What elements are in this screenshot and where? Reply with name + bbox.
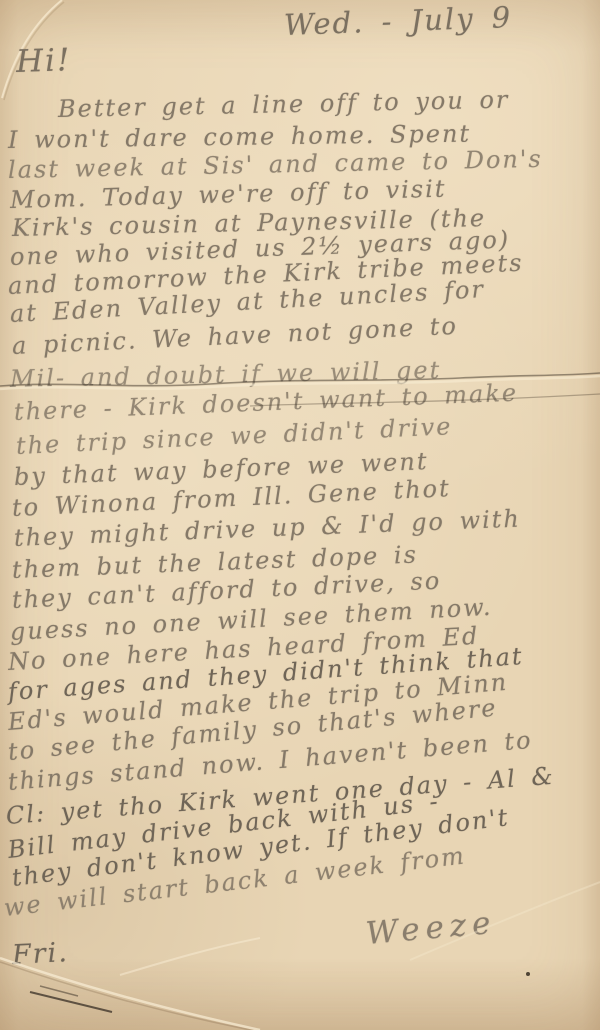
fold-marks-bottom-left [0, 920, 280, 1030]
letter-line: Fri. [11, 937, 69, 971]
letter-paper: Wed. - July 9 Hi! Better get a line off … [0, 0, 600, 1030]
greeting: Hi! [15, 42, 72, 80]
date-line: Wed. - July 9 [283, 0, 512, 42]
signature: Weeze [364, 905, 497, 952]
letter-line: Better get a line off to you or [58, 86, 510, 123]
ink-speck [526, 972, 530, 976]
